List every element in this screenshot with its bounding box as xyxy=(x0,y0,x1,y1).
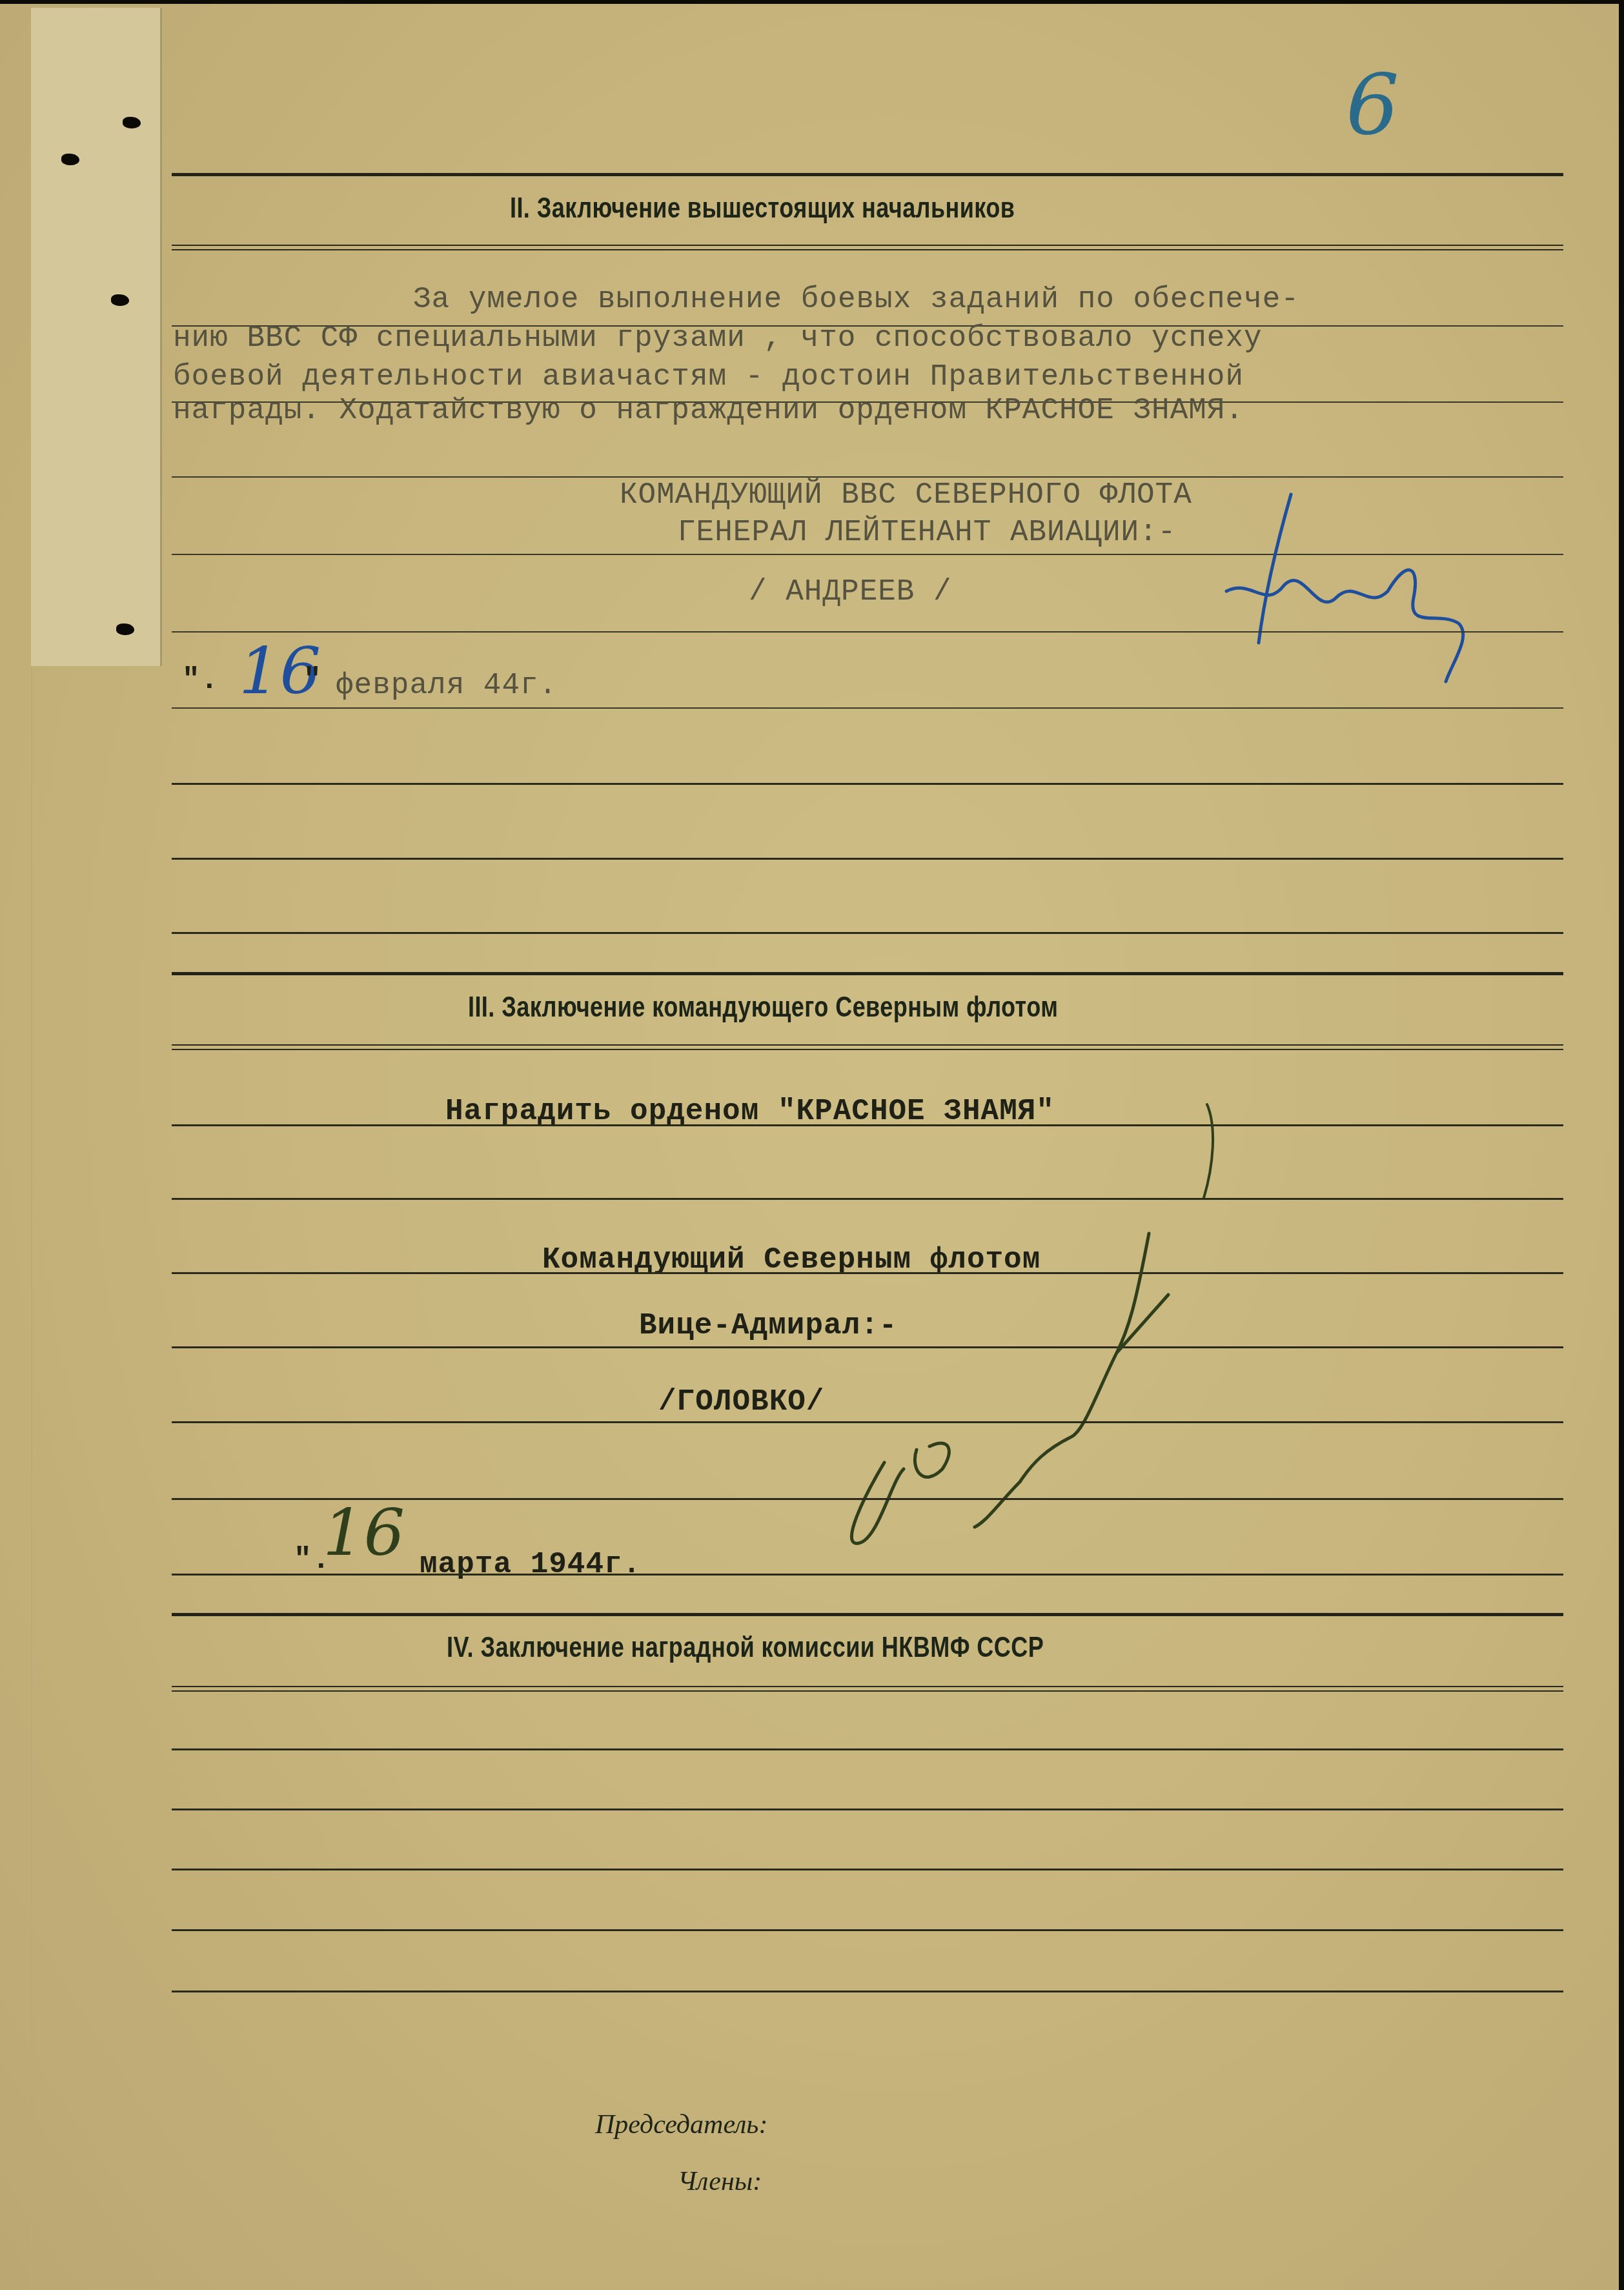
date-quote-close: " xyxy=(303,664,322,697)
form-line xyxy=(172,1869,1563,1870)
date-day-handwritten: 16 xyxy=(323,1495,405,1570)
section-rule xyxy=(172,173,1563,176)
binding-stub xyxy=(31,8,162,666)
section3-decision: Наградить орденом "КРАСНОЕ ЗНАМЯ" xyxy=(445,1095,1055,1128)
date-quote-open: ". xyxy=(182,664,219,697)
section2-signatory-name: / АНДРЕЕВ / xyxy=(749,575,952,609)
binding-hole xyxy=(61,154,79,165)
members-label: Члены: xyxy=(678,2166,762,2197)
section4-heading: IV. Заключение наградной комиссии НКВМФ … xyxy=(447,1632,1044,1664)
form-line xyxy=(172,1991,1563,1992)
section2-heading: II. Заключение вышестоящих начальников xyxy=(510,192,1015,225)
section2-body-line: За умелое выполнение боевых заданий по о… xyxy=(413,283,1299,316)
binding-hole xyxy=(123,117,141,128)
approval-mark xyxy=(1194,1101,1233,1204)
signature-golovko xyxy=(826,1224,1188,1553)
form-line xyxy=(172,783,1563,785)
form-line xyxy=(172,476,1563,478)
date-month-year: марта 1944г. xyxy=(420,1548,641,1581)
section3-signatory-name: /ГОЛОВКО/ xyxy=(658,1385,824,1419)
section2-body-line: награды. Ходатайствую о награждении орде… xyxy=(173,394,1244,427)
form-line xyxy=(172,1574,1563,1576)
signature-andreev xyxy=(1213,488,1510,694)
binding-hole xyxy=(111,294,129,306)
date-month-year: февраля 44г. xyxy=(336,669,557,702)
form-line xyxy=(172,1929,1563,1931)
form-line xyxy=(172,1124,1563,1126)
section-rule xyxy=(172,972,1563,975)
section2-signatory-title: КОМАНДУЮЩИЙ ВВС СЕВЕРНОГО ФЛОТА xyxy=(620,478,1192,512)
document-page: 6 II. Заключение вышестоящих начальников… xyxy=(0,4,1619,2290)
form-line xyxy=(172,1198,1563,1200)
section-rule xyxy=(172,1686,1563,1687)
section2-signatory-rank: ГЕНЕРАЛ ЛЕЙТЕНАНТ АВИАЦИИ:- xyxy=(678,516,1176,549)
form-line xyxy=(172,932,1563,934)
form-line xyxy=(172,707,1563,709)
section-rule xyxy=(172,245,1563,246)
form-line xyxy=(172,631,1563,633)
section-rule xyxy=(172,1044,1563,1046)
page-number: 6 xyxy=(1346,56,1399,154)
chairman-label: Председатель: xyxy=(595,2109,767,2140)
binding-hole xyxy=(116,623,134,635)
form-line xyxy=(172,858,1563,860)
section2-body-line: нию ВВС СФ специальными грузами , что сп… xyxy=(173,321,1263,355)
section2-body-line: боевой деятельности авиачастям - достоин… xyxy=(173,360,1244,394)
section-rule xyxy=(172,1613,1563,1616)
form-line xyxy=(172,1421,1563,1423)
form-line xyxy=(172,1748,1563,1750)
section3-heading: III. Заключение командующего Северным фл… xyxy=(468,991,1058,1024)
form-line xyxy=(172,1809,1563,1810)
